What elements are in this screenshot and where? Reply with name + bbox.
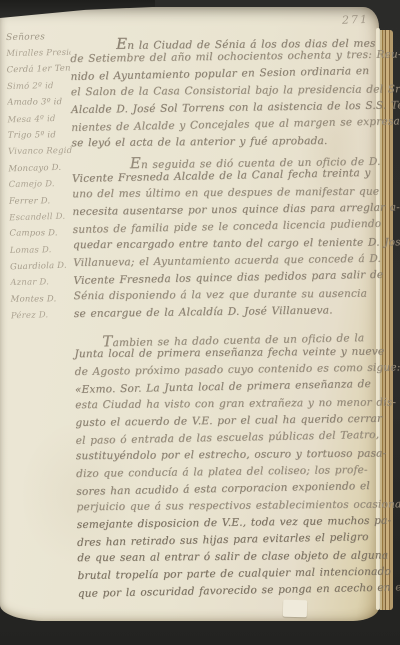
manuscript-body: En la Ciudad de Sénia á los dos dias del…: [70, 32, 382, 604]
attendee-entry: Simó 2º id: [7, 78, 71, 96]
attendee-entry: Montes D.: [11, 291, 75, 308]
attendee-entry: Ferrer D.: [9, 193, 73, 210]
attendee-entry: Moncayo D.: [8, 159, 72, 177]
attendee-entry: Mesa 4º id: [7, 110, 71, 128]
margin-header: Señores: [6, 32, 70, 43]
manuscript-line: Junta local de primera enseñanza fecha v…: [74, 346, 378, 366]
manuscript-line: esta Ciudad ha visto con gran extrañeza …: [75, 397, 379, 417]
manuscript-line: de que sean al entrar ó salir de clase o…: [77, 550, 381, 570]
attendee-entry: Aznar D.: [10, 274, 74, 292]
manuscript-line: sustituyéndolo por el estrecho, oscuro y…: [76, 448, 380, 468]
attendee-entry: Pérez D.: [11, 307, 75, 325]
manuscript-line: se leyó el acta de la anterior y fué apr…: [71, 135, 375, 155]
attendee-entry: Amado 3º id: [7, 94, 71, 111]
scanned-document: 271 Señores Miralles Presidte Cerdá 1er …: [0, 0, 400, 645]
manuscript-line: el Salon de la Casa Consistorial bajo la…: [71, 84, 375, 104]
attendees-margin: Señores Miralles Presidte Cerdá 1er Tent…: [6, 32, 75, 325]
attendee-entry: Guardiola D.: [10, 258, 74, 276]
manuscript-line: Sénia disponiendo á la vez que durante s…: [74, 288, 378, 308]
manuscript-line: uno del mes último en que despues de man…: [72, 186, 376, 206]
attendee-entry: Vivanco Regidor: [8, 143, 72, 161]
manuscript-line: En la Ciudad de Sénia á los dos dias del…: [70, 33, 374, 53]
manuscript-line: perjuicio que á sus respectivos establec…: [77, 499, 381, 519]
attendee-entry: Cerdá 1er Tente: [6, 61, 70, 79]
paper-patch: [283, 600, 307, 618]
attendee-entry: Camejo D.: [9, 176, 73, 194]
attendee-entry: Campos D.: [9, 225, 73, 242]
attendee-entry: Escandell D.: [9, 208, 73, 226]
page-number: 271: [342, 12, 382, 26]
attendee-entry: Lomas D.: [10, 242, 74, 260]
manuscript-line: se encargue de la Alcaldía D. José Villa…: [74, 304, 378, 325]
attendee-entry: Trigo 5º id: [8, 127, 72, 144]
manuscript-line: quedar encargado entre tanto del cargo e…: [73, 237, 377, 257]
